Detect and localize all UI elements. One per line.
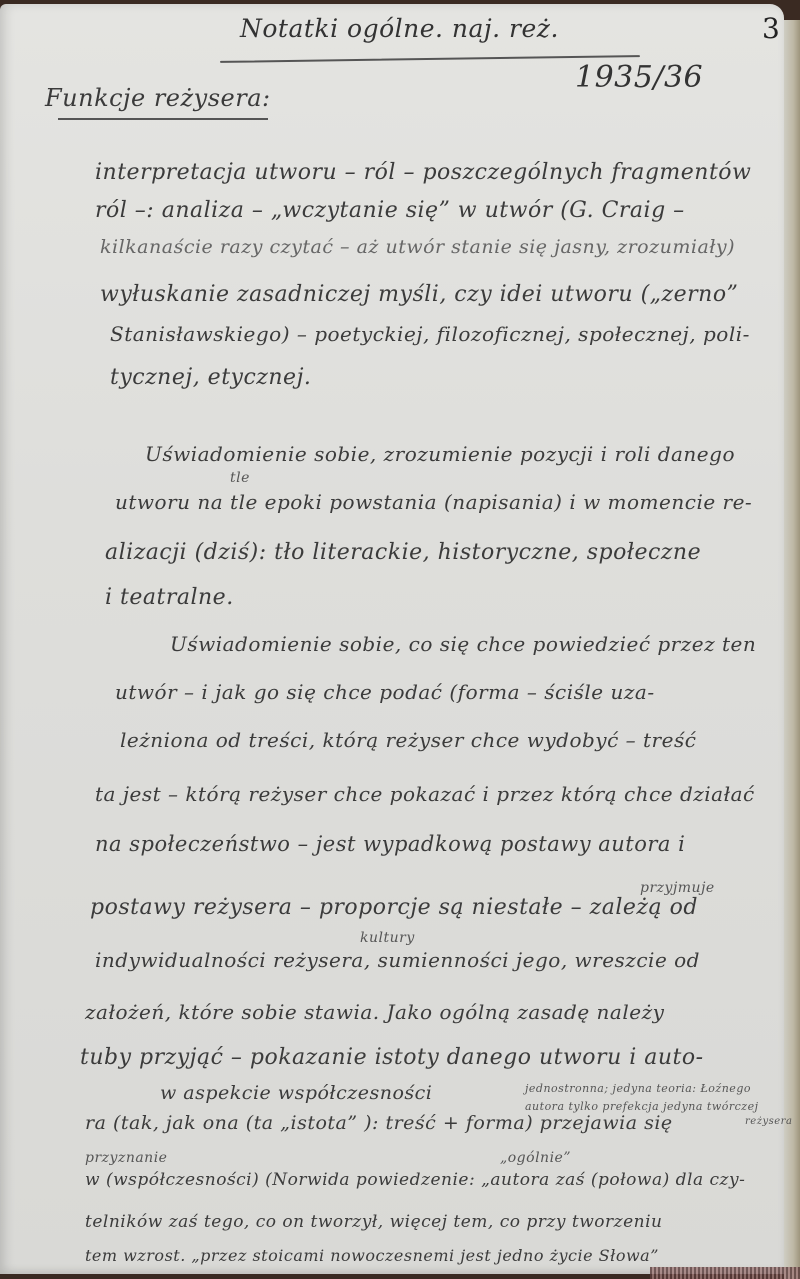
margin-note-1: jednostronna; jedyna teoria: Łoźnego: [525, 1082, 751, 1095]
annotation-kultury: kultury: [360, 930, 415, 946]
text-line-18: założeń, które sobie stawia. Jako ogólną…: [85, 1000, 664, 1024]
text-line-19: tuby przyjąć – pokazanie istoty danego u…: [80, 1045, 704, 1070]
page-stack-edge: [784, 20, 800, 1279]
text-line-21: w (współczesności) (Norwida powiedzenie:…: [85, 1170, 745, 1190]
annotation-przyjmuje: przyjmuje: [640, 880, 715, 896]
annotation-aspekt: w aspekcie współczesności: [160, 1082, 432, 1104]
text-line-1: interpretacja utworu – ról – poszczególn…: [95, 160, 751, 185]
text-line-15: na społeczeństwo – jest wypadkową postaw…: [95, 832, 685, 856]
page-number: 3: [762, 12, 780, 45]
annotation-ogolnie: „ogólnie”: [500, 1150, 571, 1166]
text-line-9: alizacji (dziś): tło literackie, history…: [105, 540, 701, 565]
text-line-16: postawy reżysera – proporcje są niestałe…: [90, 895, 698, 920]
section-heading: Funkcje reżysera:: [45, 84, 271, 112]
text-line-4: wyłuskanie zasadniczej myśli, czy idei u…: [100, 282, 738, 307]
text-line-20: ra (tak, jak ona (ta „istota” ): treść +…: [85, 1112, 673, 1134]
text-line-22: telników zaś tego, co on tworzył, więcej…: [85, 1212, 662, 1232]
text-line-17: indywidualności reżysera, sumienności je…: [95, 948, 700, 972]
heading-underline: [58, 118, 268, 120]
text-line-13: leżniona od treści, którą reżyser chce w…: [120, 728, 696, 752]
text-line-7: Uświadomienie sobie, zrozumienie pozycji…: [145, 442, 735, 466]
text-line-5: Stanisławskiego) – poetyckiej, filozofic…: [110, 322, 750, 346]
fabric-strip: [650, 1267, 800, 1279]
margin-note-3: reżysera: [745, 1116, 792, 1127]
document-year: 1935/36: [575, 60, 703, 95]
text-line-6: tycznej, etycznej.: [110, 365, 311, 390]
text-line-23: tem wzrost. „przez stoicami nowoczesnemi…: [85, 1246, 659, 1265]
annotation-tle: tle: [230, 470, 250, 486]
text-line-12: utwór – i jak go się chce podać (forma –…: [115, 680, 655, 704]
text-line-14: ta jest – którą reżyser chce pokazać i p…: [95, 782, 755, 806]
text-line-11: Uświadomienie sobie, co się chce powiedz…: [170, 632, 756, 656]
annotation-przyznanie: przyznanie: [85, 1150, 167, 1166]
text-line-2: ról –: analiza – „wczytanie się” w utwór…: [95, 198, 685, 223]
document-title: Notatki ogólne. naj. reż.: [240, 14, 559, 43]
text-line-10: i teatralne.: [105, 585, 234, 610]
text-line-8: utworu na tle epoki powstania (napisania…: [115, 490, 752, 514]
text-line-3: kilkanaście razy czytać – aż utwór stani…: [100, 236, 735, 258]
